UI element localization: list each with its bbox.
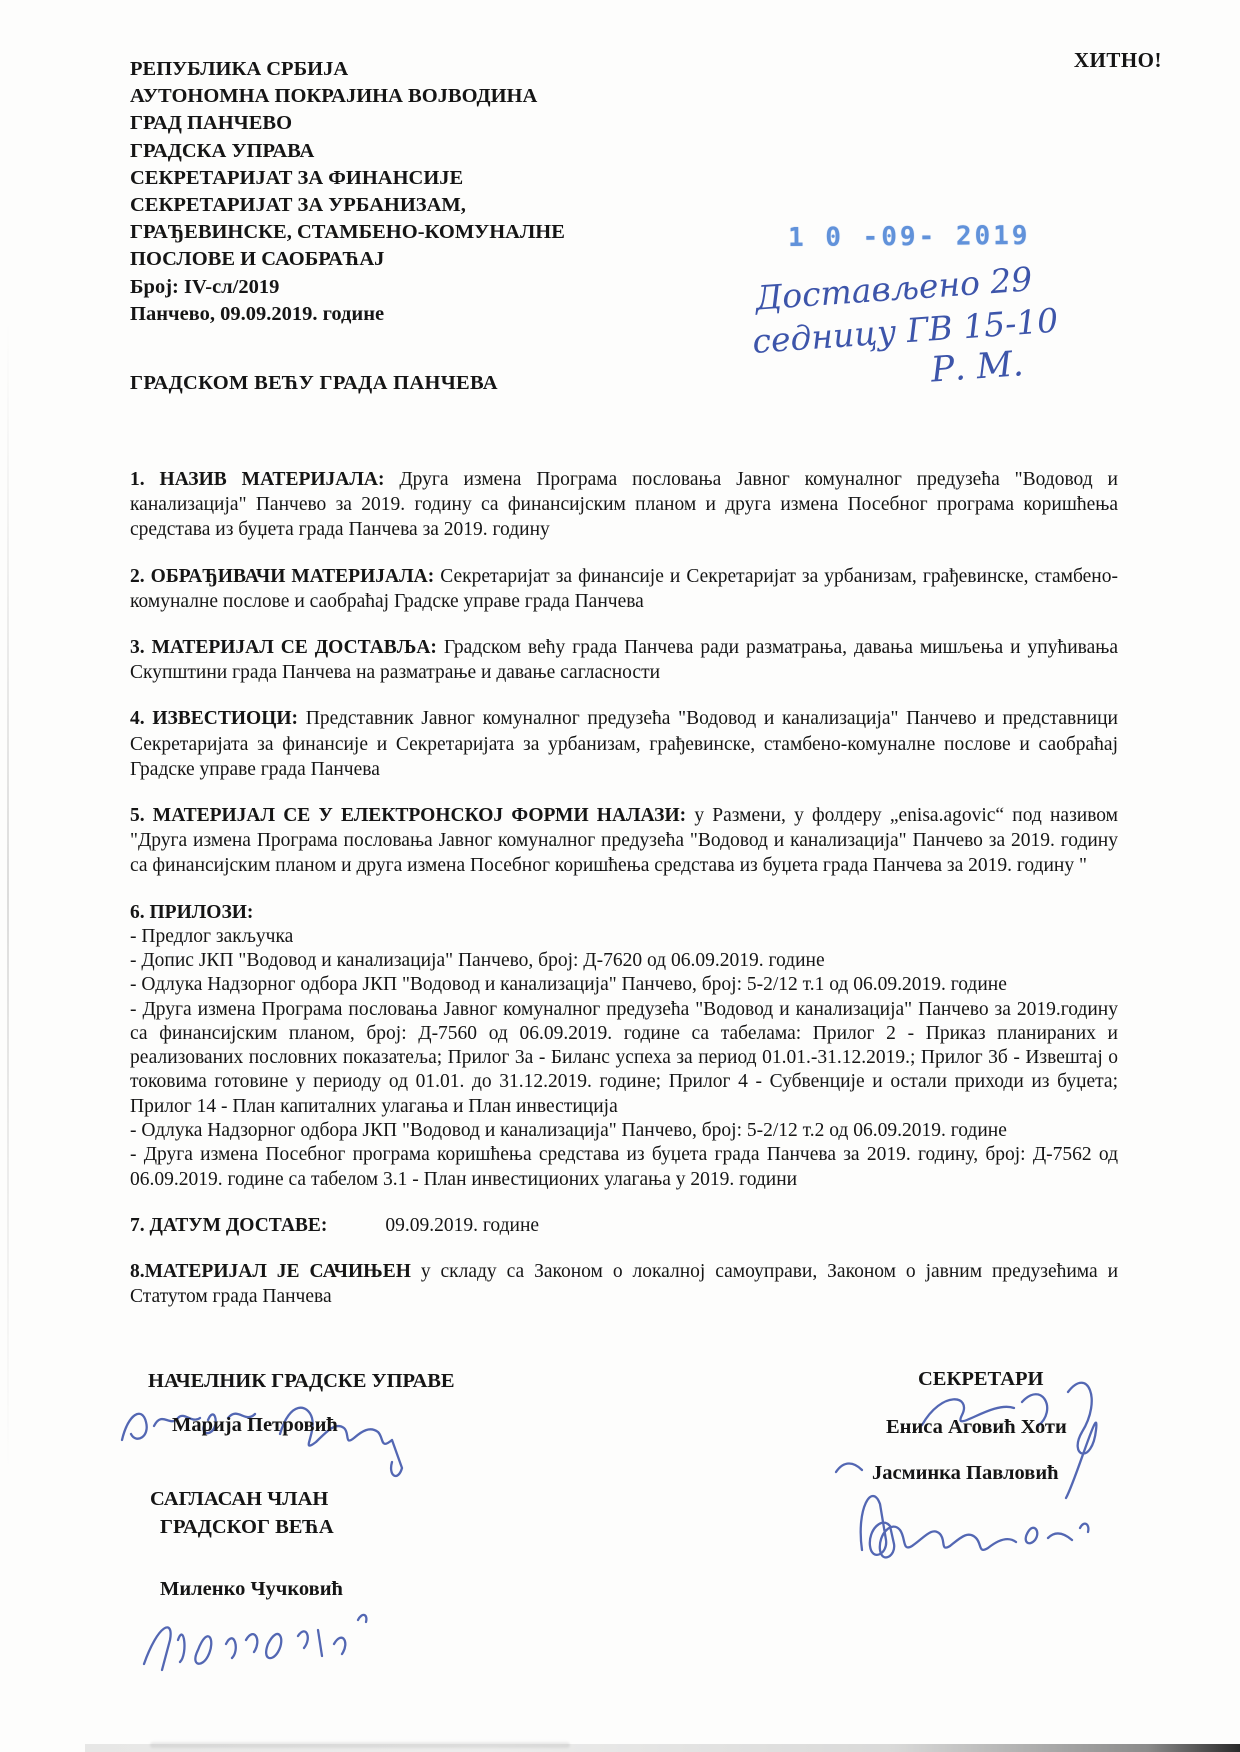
section-2-label: 2. ОБРАЂИВАЧИ МАТЕРИЈАЛА: [130, 566, 434, 587]
letterhead-line: АУТОНОМНА ПОКРАЈИНА ВОЈВОДИНА [130, 83, 690, 110]
chief-name: Марија Петровић [172, 1414, 338, 1437]
milenko-cuckovic-signature [128, 1598, 458, 1688]
letterhead-line: ГРАД ПАНЧЕВО [130, 110, 690, 137]
letterhead-line: ГРАЂЕВИНСКЕ, СТАМБЕНО-КОМУНАЛНЕ [130, 219, 690, 246]
section-4-label: 4. ИЗВЕСТИОЦИ: [130, 708, 298, 729]
letterhead-line: Панчево, 09.09.2019. године [130, 301, 690, 328]
letterhead-line: ГРАДСКА УПРАВА [130, 138, 690, 165]
section-3-label: 3. МАТЕРИЈАЛ СЕ ДОСТАВЉА: [130, 637, 437, 658]
letterhead-line: РЕПУБЛИКА СРБИЈА [130, 56, 690, 83]
document-page: ХИТНО! РЕПУБЛИКА СРБИЈААУТОНОМНА ПОКРАЈИ… [0, 0, 1240, 1752]
section-material-name: 1. НАЗИВ МАТЕРИЈАЛА: Друга измена Програ… [130, 467, 1118, 543]
attachment-item: - Предлог закључка [130, 925, 1118, 949]
letterhead-line: Број: IV-сл/2019 [130, 274, 690, 301]
attachment-item: - Друга измена Посебног програма коришће… [130, 1143, 1118, 1192]
attachments-list: - Предлог закључка- Допис ЈКП "Водовод и… [130, 925, 1118, 1192]
council-member-title-line2: ГРАДСКОГ ВЕЋА [160, 1516, 334, 1539]
letterhead-line: СЕКРЕТАРИЈАТ ЗА УРБАНИЗАМ, [130, 192, 690, 219]
letterhead: РЕПУБЛИКА СРБИЈААУТОНОМНА ПОКРАЈИНА ВОЈВ… [130, 56, 690, 328]
section-delivered-to: 3. МАТЕРИЈАЛ СЕ ДОСТАВЉА: Градском већу … [130, 635, 1118, 685]
section-6-label: 6. ПРИЛОЗИ: [130, 900, 1118, 925]
section-legal-basis: 8.МАТЕРИЈАЛ ЈЕ САЧИЊЕН у складу са Закон… [130, 1259, 1118, 1309]
scan-bottom-artifact [85, 1744, 1240, 1752]
section-electronic-form: 5. МАТЕРИЈАЛ СЕ У ЕЛЕКТРОНСКОЈ ФОРМИ НАЛ… [130, 803, 1118, 879]
section-1-label: 1. НАЗИВ МАТЕРИЈАЛА: [130, 469, 384, 490]
letterhead-line: ПОСЛОВЕ И САОБРАЋАЈ [130, 246, 690, 273]
attachment-item: - Одлука Надзорног одбора ЈКП "Водовод и… [130, 973, 1118, 997]
recipient-heading: ГРАДСКОМ ВЕЋУ ГРАДА ПАНЧЕВА [130, 372, 1118, 395]
section-attachments: 6. ПРИЛОЗИ: - Предлог закључка- Допис ЈК… [130, 900, 1118, 1192]
received-date-stamp: 1 0 -09- 2019 [788, 221, 1031, 253]
section-delivery-date: 7. ДАТУМ ДОСТАВЕ:09.09.2019. године [130, 1213, 1118, 1238]
attachment-item: - Одлука Надзорног одбора ЈКП "Водовод и… [130, 1119, 1118, 1143]
attachment-item: - Допис ЈКП "Водовод и канализација" Пан… [130, 949, 1118, 973]
section-processors: 2. ОБРАЂИВАЧИ МАТЕРИЈАЛА: Секретаријат з… [130, 564, 1118, 614]
scan-edge-artifact [7, 320, 9, 1470]
attachment-item: - Друга измена Програма пословања Јавног… [130, 998, 1118, 1119]
signature-block: НАЧЕЛНИК ГРАДСКЕ УПРАВЕ Марија Петровић … [0, 1358, 1240, 1752]
letterhead-line: СЕКРЕТАРИЈАТ ЗА ФИНАНСИЈЕ [130, 165, 690, 192]
urgent-label: ХИТНО! [1074, 48, 1162, 73]
section-7-value: 09.09.2019. године [385, 1215, 539, 1236]
document-body: ГРАДСКОМ ВЕЋУ ГРАДА ПАНЧЕВА 1. НАЗИВ МАТ… [130, 372, 1118, 1331]
section-7-label: 7. ДАТУМ ДОСТАВЕ: [130, 1215, 327, 1236]
secretary-name-1: Ениса Аговић Хоти [886, 1416, 1067, 1439]
council-member-title-line1: САГЛАСАН ЧЛАН [150, 1488, 328, 1511]
section-5-label: 5. МАТЕРИЈАЛ СЕ У ЕЛЕКТРОНСКОЈ ФОРМИ НАЛ… [130, 805, 686, 826]
section-8-label: 8.МАТЕРИЈАЛ ЈЕ САЧИЊЕН [130, 1261, 411, 1282]
jasminka-pavlovic-signature [828, 1450, 1128, 1570]
section-rapporteurs: 4. ИЗВЕСТИОЦИ: Представник Јавног комуна… [130, 706, 1118, 782]
